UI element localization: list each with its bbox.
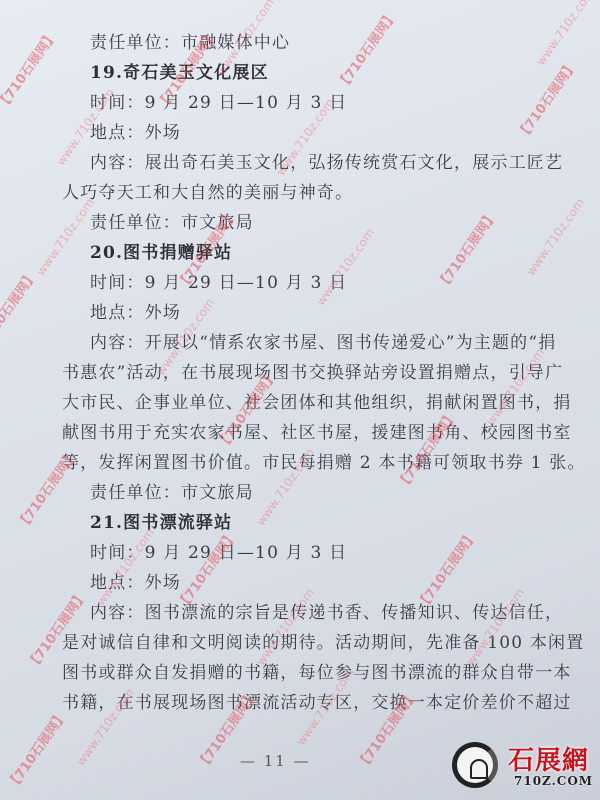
content-20-line-4: 献图书用于充实农家书屋、社区书屋，援建图书角、校园图书室 xyxy=(62,423,572,443)
content-20-line-5: 等，发挥闲置图书价值。市民每捐赠 2 本书籍可领取书券 1 张。 xyxy=(62,453,586,473)
content-19-line-2: 人巧夺天工和大自然的美丽与神奇。 xyxy=(62,183,353,203)
content-21-line-4: 书籍，在书展现场图书漂流活动专区，交换一本定价差价不超过 xyxy=(62,693,572,713)
responsible-unit-18: 责任单位：市融媒体中心 xyxy=(90,33,290,53)
content-20-line-1: 内容：开展以“情系农家书屋、图书传递爱心”为主题的“捐 xyxy=(90,333,556,353)
section-heading-20: 20.图书捐赠驿站 xyxy=(90,243,232,263)
logo-seal-icon xyxy=(470,759,488,779)
responsible-unit-19: 责任单位：市文旅局 xyxy=(90,213,254,233)
responsible-unit-20: 责任单位：市文旅局 xyxy=(90,483,254,503)
logo-emblem-icon xyxy=(452,742,498,788)
document-page: 责任单位：市融媒体中心 19.奇石美玉文化展区 时间：9 月 29 日—10 月… xyxy=(0,0,600,800)
location-19: 地点：外场 xyxy=(90,123,181,143)
section-heading-21: 21.图书漂流驿站 xyxy=(90,513,232,533)
time-21: 时间：9 月 29 日—10 月 3 日 xyxy=(90,543,347,563)
content-20-line-2: 书惠农”活动，在书展现场图书交换驿站旁设置捐赠点，引导广 xyxy=(62,363,563,383)
location-20: 地点：外场 xyxy=(90,303,181,323)
content-20-line-3: 大市民、企事业单位、社会团体和其他组织，捐献闲置图书，捐 xyxy=(62,393,572,413)
time-19: 时间：9 月 29 日—10 月 3 日 xyxy=(90,93,347,113)
logo-url: 710Z.COM xyxy=(514,774,593,788)
content-21-line-3: 图书或群众自发捐赠的书籍，每位参与图书漂流的群众自带一本 xyxy=(62,663,572,683)
content-21-line-2: 是对诚信自律和文明阅读的期待。活动期间，先准备 100 本闲置 xyxy=(62,633,584,653)
site-logo: 石展網 710Z.COM xyxy=(452,738,592,794)
section-heading-19: 19.奇石美玉文化展区 xyxy=(90,63,269,83)
content-21-line-1: 内容：图书漂流的宗旨是传递书香、传播知识、传达信任， xyxy=(90,603,563,623)
page-number: — 11 — xyxy=(240,752,311,770)
content-19-line-1: 内容：展出奇石美玉文化，弘扬传统赏石文化，展示工匠艺 xyxy=(90,153,563,173)
location-21: 地点：外场 xyxy=(90,573,181,593)
time-20: 时间：9 月 29 日—10 月 3 日 xyxy=(90,273,347,293)
logo-name: 石展網 xyxy=(508,740,589,777)
